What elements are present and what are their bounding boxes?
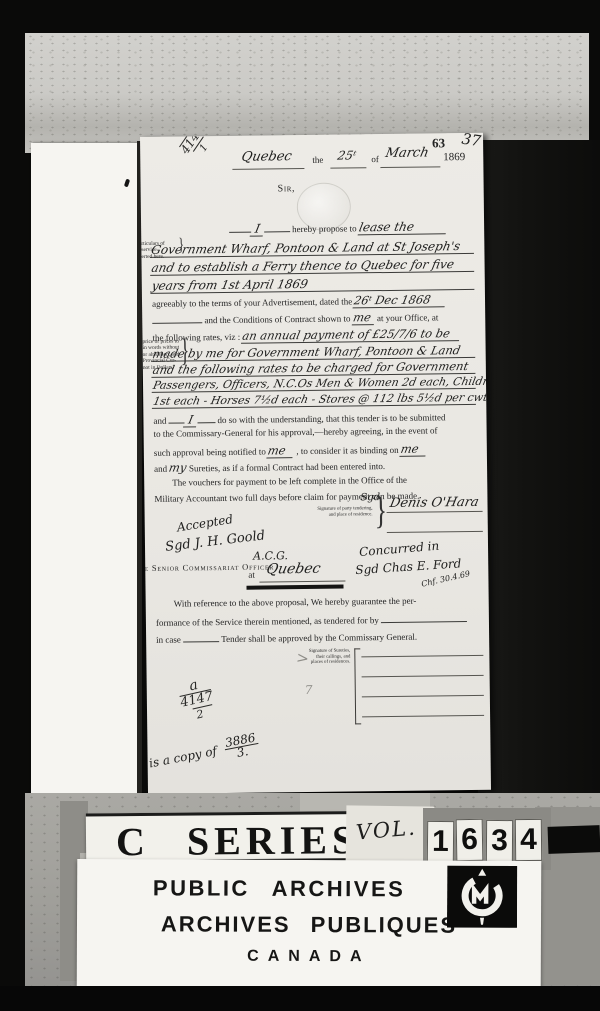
sureties-rule [362, 695, 484, 697]
handwritten-page-number: 37 [461, 133, 482, 146]
public-archives-card: PUBLIC ARCHIVES ARCHIVES PUBLIQUES CANAD… [77, 859, 542, 988]
volume-digit-tile: 1 [427, 821, 454, 863]
copy-note: is a copy of 3886 3. [147, 732, 259, 766]
volume-digit-tile: 3 [486, 820, 513, 862]
signature-rule [387, 531, 483, 533]
fill-I: I [183, 412, 199, 427]
guarantee-tender: Tender shall be approved by the Commissa… [221, 632, 417, 644]
fill-me2: me [267, 443, 296, 458]
concurred-date: Chf. 30.4.69 [421, 569, 472, 594]
printed-vouchers: The vouchers for payment to be left comp… [172, 475, 407, 492]
volume-digit-tile: 4 [515, 819, 542, 861]
pencil-mark: 7 [305, 683, 313, 697]
margin-brace: } [178, 234, 184, 257]
accepted-note: Accepted [176, 512, 234, 534]
rule [259, 581, 345, 583]
frame-bottom-band [0, 986, 600, 1011]
margin-note-line: erted here. [141, 253, 181, 260]
ink-speck [124, 179, 130, 188]
tender-document-page: a 4147 1 63 37 Quebec the 25ᵗ of March 1… [140, 133, 491, 794]
printed-propose: hereby propose to [292, 223, 357, 234]
card-country: CANADA [77, 947, 541, 967]
signature-brace: } [374, 489, 387, 534]
accepted-place: Quebec [265, 561, 322, 576]
caption-line: and place of residence. [293, 512, 373, 519]
printed-office: at your Office, at [377, 312, 438, 323]
printed-binding: , to consider it as binding on [296, 445, 398, 456]
caption-party-signature: Signature of party tendering, and place … [293, 506, 373, 518]
overlapping-blank-page [31, 143, 137, 795]
margin-brace: } [180, 332, 189, 370]
c-series-text: C SERIES [116, 816, 360, 865]
margin-note-prices: price or prices to in words without or a… [142, 338, 182, 371]
printed-page-number: 63 [432, 135, 445, 149]
salutation: Sir, [278, 183, 296, 197]
blank-line [197, 413, 215, 423]
fill-my: my [168, 460, 188, 474]
dateline-the: the [312, 155, 323, 169]
printed-sureties: Sureties, as if a formal Contract had be… [189, 461, 385, 473]
hw-line-wharf: Government Wharf, Pontoon & Land at St J… [150, 239, 477, 258]
printed-and: and [153, 416, 166, 426]
blank-line [381, 612, 467, 623]
fill-annual-payment: an annual payment of £25/7/6 to be [241, 326, 462, 344]
sureties-rule [362, 675, 484, 677]
caption-line: places of residences. [282, 660, 350, 666]
party-signature: Denis O'Hara [389, 495, 481, 510]
hw-line-years: years from 1st April 1869 [150, 275, 477, 294]
fill-me: me [351, 310, 376, 325]
fill-me3: me [399, 442, 428, 457]
card-title-en: PUBLIC ARCHIVES [77, 875, 481, 903]
heavy-rule [246, 585, 343, 590]
file-number-bottom: a 4147 2 [173, 674, 222, 726]
fill-advert-date: 26ᵗ Dec 1868 [353, 292, 448, 308]
sureties-rule [362, 715, 484, 717]
sureties-bracket [354, 648, 361, 724]
concurred-note: Concurred in [359, 539, 440, 560]
printed-do-so: do so with the understanding, that this … [217, 412, 445, 425]
background-right [478, 140, 600, 800]
caption-sureties: Signature of Sureties, their callings, a… [282, 648, 350, 666]
rule [380, 166, 440, 168]
hw-line-passengers: Passengers, Officers, N.C.Os Men & Women… [152, 375, 479, 393]
archives-canada-monogram-logo [447, 866, 517, 928]
microfilm-frame: a 4147 1 63 37 Quebec the 25ᵗ of March 1… [0, 0, 600, 1011]
printed-conditions: and the Conditions of Contract shown to [204, 313, 350, 325]
at-label: at [248, 570, 255, 584]
blank-line [152, 313, 202, 324]
printed-approval: such approval being notified to [154, 446, 266, 457]
margin-note-line: rticulars of service [141, 241, 181, 254]
printed-and2: and [154, 464, 167, 474]
signature-rule [387, 511, 483, 513]
printed-agreeably: agreeably to the terms of your Advertise… [152, 296, 352, 308]
guarantee-line1: With reference to the above proposal, We… [174, 596, 417, 613]
guarantee-line2: formance of the Service therein mentione… [156, 615, 379, 628]
printed-commissary: to the Commissary-General for his approv… [154, 425, 438, 442]
hw-line-horses-stores: 1st each - Horses 7½d each - Stores @ 11… [152, 391, 479, 409]
guarantee-incase: in case [156, 635, 181, 645]
dateline-of: of [371, 154, 379, 168]
pencil-mark: > [295, 648, 310, 667]
blank-line [229, 223, 251, 233]
dateline-place: Quebec [240, 149, 293, 164]
fill-lease-the: lease the [357, 219, 448, 235]
rule [330, 167, 366, 168]
volume-digit-tile: 6 [456, 819, 484, 861]
margin-note-particulars: rticulars of service erted here. [141, 241, 181, 261]
file-number-top: a 4147 1 [166, 133, 219, 166]
blank-line [169, 413, 185, 423]
copy-note-text: is a copy of [148, 744, 218, 771]
blank-line [264, 222, 290, 232]
fill-pronoun: I [250, 221, 266, 236]
dateline-month: March [384, 145, 430, 160]
margin-note-line: not in Dollars. [143, 364, 183, 371]
sureties-rule [361, 655, 483, 657]
blank-line [183, 632, 219, 642]
dateline-year: 1869 [443, 151, 465, 165]
rule [232, 168, 304, 170]
dateline-day: 25ᵗ [336, 148, 357, 162]
hw-line-ferry: and to establish a Ferry thence to Quebe… [150, 257, 477, 276]
black-tape-bar [548, 825, 600, 854]
